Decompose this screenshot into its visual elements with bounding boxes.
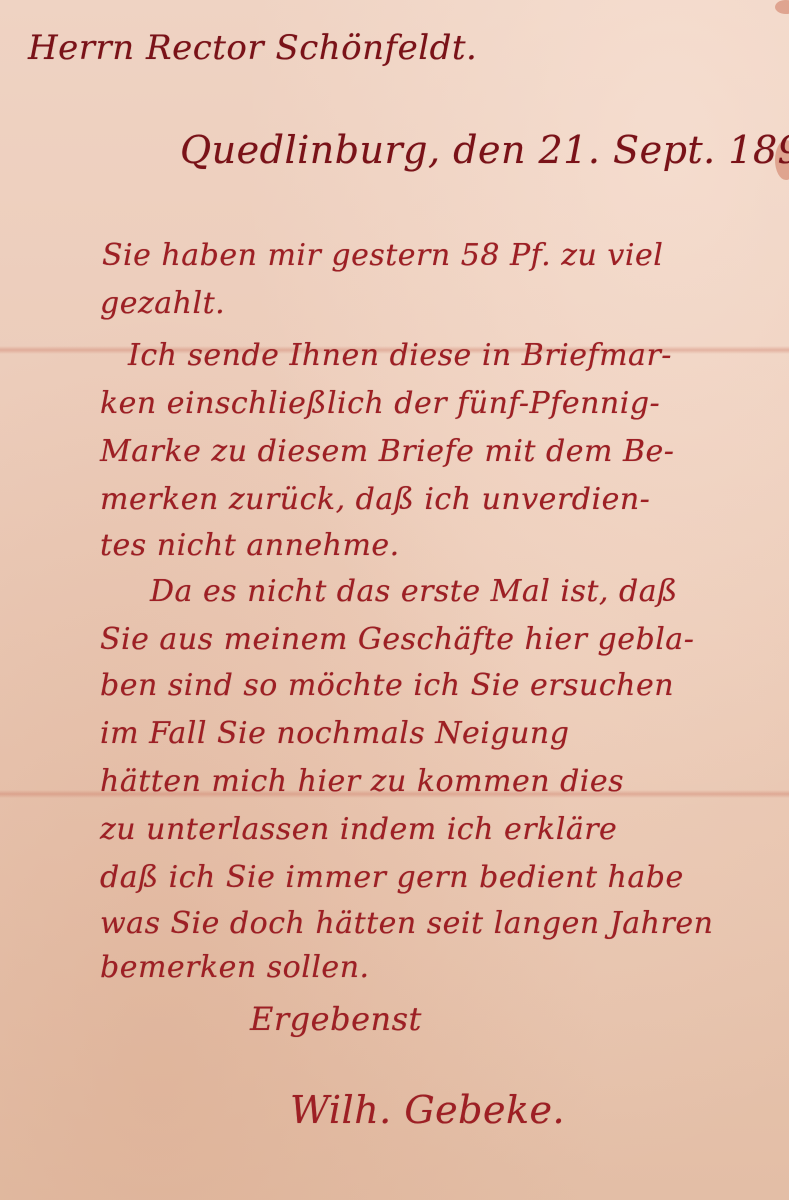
place-date: Quedlinburg, den 21. Sept. 1894. — [180, 128, 789, 172]
body-line: ben sind so möchte ich Sie ersuchen — [100, 668, 674, 703]
body-line: bemerken sollen. — [100, 950, 370, 985]
body-line: daß ich Sie immer gern bedient habe — [100, 860, 684, 895]
body-line: merken zurück, daß ich unverdien- — [100, 482, 650, 517]
body-line: Sie aus meinem Geschäfte hier gebla- — [100, 622, 694, 657]
body-line: hätten mich hier zu kommen dies — [100, 764, 624, 799]
body-line: Sie haben mir gestern 58 Pf. zu viel — [102, 238, 663, 273]
edge-stain-top — [775, 0, 789, 14]
body-line: Marke zu diesem Briefe mit dem Be- — [100, 434, 674, 469]
closing-salutation: Ergebenst — [250, 1000, 422, 1038]
body-line: ken einschließlich der fünf-Pfennig- — [100, 386, 660, 421]
body-line: Da es nicht das erste Mal ist, daß — [150, 574, 678, 609]
body-line: im Fall Sie nochmals Neigung — [100, 716, 569, 751]
addressee: Herrn Rector Schönfeldt. — [28, 28, 477, 68]
body-line: tes nicht annehme. — [100, 528, 400, 563]
body-line: Ich sende Ihnen diese in Briefmar- — [128, 338, 672, 373]
signature: Wilh. Gebeke. — [290, 1088, 565, 1132]
body-line: gezahlt. — [100, 286, 225, 321]
body-line: zu unterlassen indem ich erkläre — [100, 812, 617, 847]
body-line: was Sie doch hätten seit langen Jahren — [100, 906, 713, 941]
letter-page: Herrn Rector Schönfeldt. Quedlinburg, de… — [0, 0, 789, 1200]
